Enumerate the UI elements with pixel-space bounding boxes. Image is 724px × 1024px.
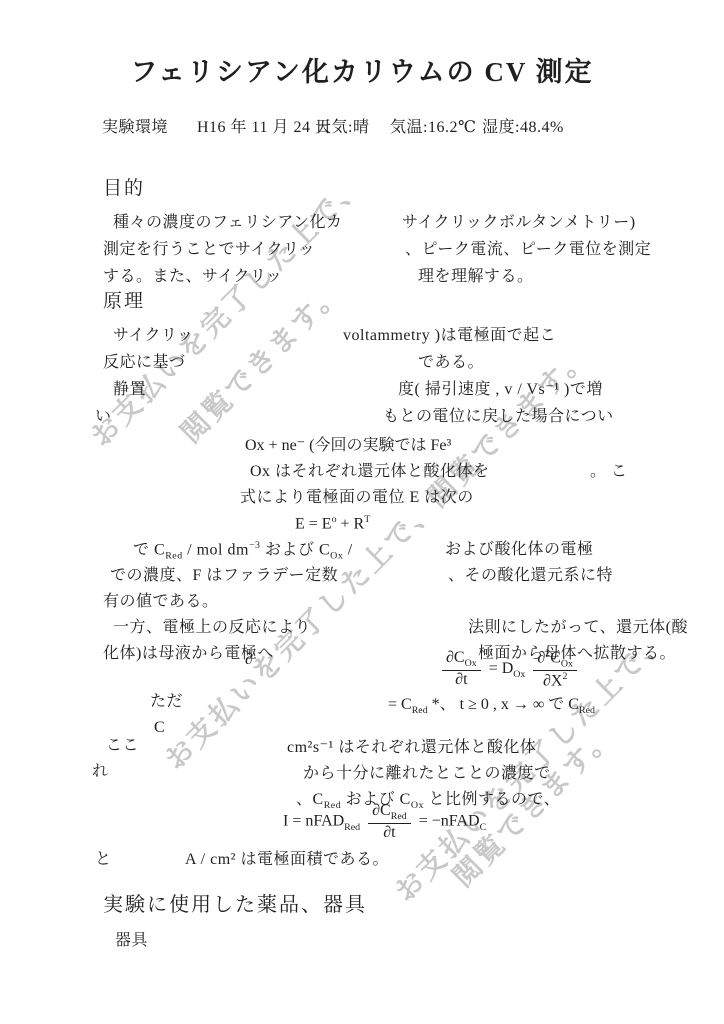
principle-line: voltammetry )は電極面で起こ xyxy=(343,326,556,345)
text-fragment: れ xyxy=(92,762,109,781)
equipment-subheading: 器具 xyxy=(115,931,148,950)
principle-line: Ox はそれぞれ還元体と酸化体を xyxy=(250,462,490,481)
purpose-line: 理を理解する。 xyxy=(418,267,534,286)
text-fragment: 。 こ xyxy=(590,462,628,481)
text-fragment: と xyxy=(95,850,112,869)
principle-line: 式により電極面の電位 E は次の xyxy=(240,488,474,507)
env-weather: 天気:晴 xyxy=(315,118,369,137)
principle-line: A / cm² は電極面積である。 xyxy=(185,850,389,869)
env-date: H16 年 11 月 24 日 xyxy=(197,118,331,137)
principle-heading: 原理 xyxy=(103,291,145,314)
watermark-payment-notice: 閲覧できます。 xyxy=(176,276,348,448)
principle-line: での濃度、F はファラデー定数 xyxy=(110,566,338,585)
principle-line: 有の値である。 xyxy=(103,592,219,611)
env-humidity: 湿度:48.4% xyxy=(482,118,564,137)
principle-line: もとの電位に戻した場合につい xyxy=(383,407,614,426)
purpose-heading: 目的 xyxy=(103,178,145,201)
principle-line: 反応に基づ xyxy=(103,353,186,372)
principle-line: 度( 掃引速度 , v / Vs⁻¹ )で増 xyxy=(398,380,603,399)
principle-line: から十分に離れたとことの濃度で xyxy=(303,764,551,783)
equation-nernst: E = Eo + RT xyxy=(295,514,370,534)
env-label: 実験環境 xyxy=(102,118,168,137)
principle-line: である。 xyxy=(418,353,484,372)
equipment-heading: 実験に使用した薬品、器具 xyxy=(103,893,367,917)
text-fragment: ここ xyxy=(106,736,139,755)
equation-current: I = nFADRed ∂CRed∂t = −nFADC xyxy=(283,802,486,842)
text-fragment: ∂ xyxy=(245,650,253,669)
principle-line: サイクリッ xyxy=(113,326,193,345)
text-fragment: C xyxy=(154,718,165,737)
text-fragment: ただ xyxy=(150,692,183,711)
page-title: フェリシアン化カリウムの CV 測定 xyxy=(0,50,724,89)
principle-line: 法則にしたがって、還元体(酸 xyxy=(468,618,688,637)
purpose-line: 種々の濃度のフェリシアン化カ xyxy=(113,213,343,232)
equation-diffusion: ∂COx∂t = DOx ∂2COx∂X2 xyxy=(438,648,581,691)
purpose-line: サイクリックボルタンメトリー) xyxy=(402,213,636,232)
principle-line: い xyxy=(95,407,112,426)
principle-line: 静置 xyxy=(113,380,146,399)
purpose-line: 、ピーク電流、ピーク電位を測定 xyxy=(405,240,651,259)
env-temperature: 気温:16.2℃ xyxy=(390,118,476,137)
equation-boundary: = CRed *、 t ≥ 0 , x → ∞ で CRed xyxy=(388,695,595,717)
equation-redox: Ox + ne⁻ (今回の実験では Fe³ xyxy=(245,436,451,455)
principle-line: cm²s⁻¹ はそれぞれ還元体と酸化体 xyxy=(287,738,536,757)
principle-line: 、その酸化還元系に特 xyxy=(448,566,613,585)
principle-line: で CRed / mol dm−3 および COx / xyxy=(133,540,353,562)
purpose-line: 測定を行うことでサイクリッ xyxy=(103,240,315,259)
principle-line: 一方、電極上の反応により xyxy=(113,618,311,637)
purpose-line: する。また、サイクリッ xyxy=(103,267,282,286)
document-page: お支払いを完了した上で、 閲覧できます。 お支払いを完了した上で、閲覧できます。… xyxy=(0,0,724,1024)
principle-line: および酸化体の電極 xyxy=(445,540,594,559)
